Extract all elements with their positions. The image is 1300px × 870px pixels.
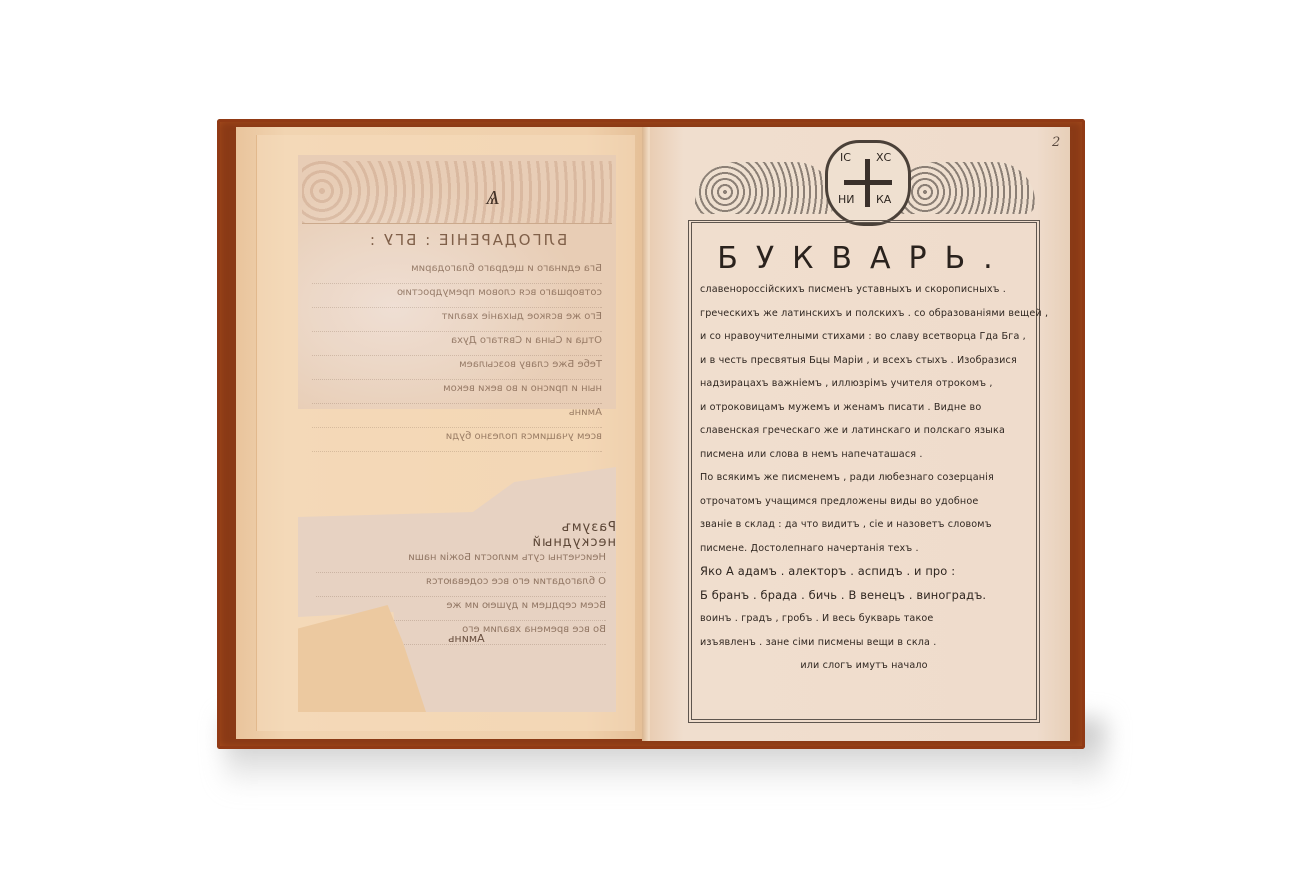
headpiece-ornament: ІС ХС НИ КА: [695, 140, 1035, 222]
cross-horizontal: [844, 180, 892, 185]
text-line: надзирацахъ важніемъ , иллюзрімъ учителя…: [700, 372, 1028, 396]
text-line: греческихъ же латинскихъ и полскихъ . со…: [700, 302, 1028, 326]
text-line: Б бранъ . брада . бичь . В венецъ . вино…: [700, 584, 1028, 608]
fragment-line: Тебе Бже славу возсылаем: [312, 359, 602, 380]
text-line: и отроковицамъ мужемъ и женамъ писати . …: [700, 396, 1028, 420]
mounted-fragment-top: Ѧ БЛГОДАРЕНІЕ : БГУ : Бга единаго и щедр…: [298, 155, 616, 409]
title-page-text: БУКВАРЬ. славенороссійскихъ писменъ уста…: [700, 225, 1028, 717]
headpiece-ornament-faded: [302, 161, 612, 224]
fragment-line: Бга единаго и щедраго благодарим: [312, 263, 602, 284]
text-line: отрочатомъ учащимся предложены виды во у…: [700, 490, 1028, 514]
fragment-line: сотворшаго вся словом премудростию: [312, 287, 602, 308]
fragment-title: Разумъ нескудный: [488, 520, 616, 550]
text-line: воинъ . градъ , гробъ . И весь букварь т…: [700, 607, 1028, 631]
fragment-line: Аминь: [312, 407, 602, 428]
fragment-line: нын и присно и во веки веком: [312, 383, 602, 404]
text-line: писмена или слова в немъ напечаташася .: [700, 443, 1028, 467]
folio-number: 2: [1052, 135, 1060, 150]
acanthus-scroll-right: [895, 162, 1035, 214]
medallion-text: КА: [876, 193, 891, 206]
left-page: Ѧ БЛГОДАРЕНІЕ : БГУ : Бга единаго и щедр…: [236, 127, 648, 739]
fragment-line: Отца и Сына и Святаго Духа: [312, 335, 602, 356]
text-line: Яко А адамъ . алекторъ . аспидъ . и про …: [700, 560, 1028, 584]
medallion-text: ІС: [840, 151, 851, 164]
text-line: славенороссійскихъ писменъ уставныхъ и с…: [700, 278, 1028, 302]
text-line: или слогъ имутъ начало: [700, 654, 1028, 678]
text-line: изъявленъ . зане сіми писмены вещи в скл…: [700, 631, 1028, 655]
text-line: По всякимъ же писменемъ , ради любезнаго…: [700, 466, 1028, 490]
fragment-line: Его же всякое дыханіе хвалит: [312, 311, 602, 332]
text-line: писмене. Достолепнаго начертанія техъ .: [700, 537, 1028, 561]
text-line: славенская греческаго же и латинскаго и …: [700, 419, 1028, 443]
fragment-line: всем учащимся полезно буди: [312, 431, 602, 452]
text-line: и со нравоучителными стихами : во славу …: [700, 325, 1028, 349]
text-line: званіе в склад : да что видитъ , сіе и н…: [700, 513, 1028, 537]
fragment-line: Неисчетны суть милости Божіи наши: [316, 552, 606, 573]
fragment-ending: Аминь: [448, 632, 485, 645]
page-title: БУКВАРЬ.: [700, 241, 1028, 276]
fragment-text: Бга единаго и щедраго благодарим сотворш…: [312, 263, 602, 455]
fragment-line: О благодатии его все содеваются: [316, 576, 606, 597]
text-frame-border: БУКВАРЬ. славенороссійскихъ писменъ уста…: [688, 220, 1040, 723]
cross-medallion-icon: ІС ХС НИ КА: [825, 140, 911, 226]
fragment-title: БЛГОДАРЕНІЕ : БГУ :: [368, 231, 567, 249]
text-line: и в честь пресвятыя Бцы Маріи , и всехъ …: [700, 349, 1028, 373]
medallion-text: ХС: [876, 151, 891, 164]
acanthus-scroll-left: [695, 162, 835, 214]
medallion-text: НИ: [838, 193, 855, 206]
marginal-letter: Ѧ: [486, 185, 500, 210]
